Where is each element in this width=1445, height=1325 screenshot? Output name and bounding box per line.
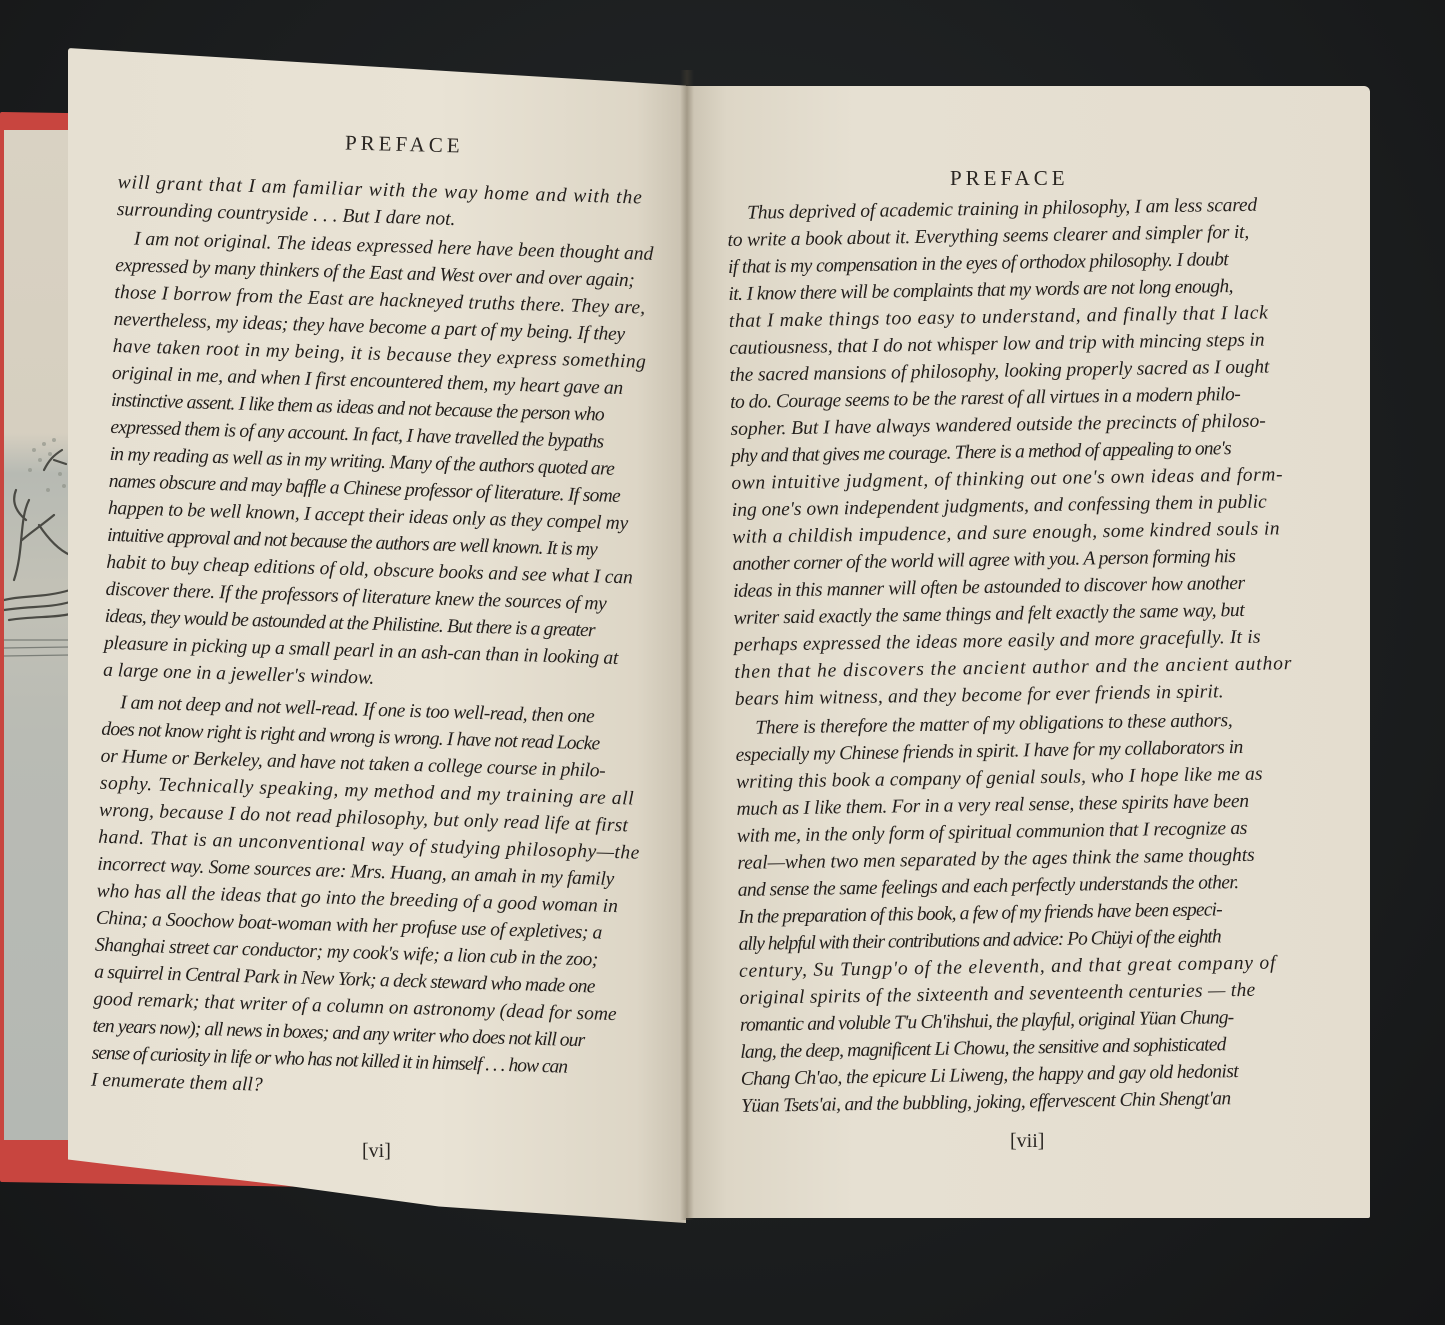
tree-illustration-icon	[4, 430, 72, 660]
text-line: writing this book a company of genial so…	[736, 764, 1263, 794]
text-line: I enumerate them all?	[91, 1070, 263, 1097]
text-line: sopher. But I have always wandered outsi…	[730, 411, 1266, 441]
book-gutter	[680, 70, 694, 1220]
text-line: writer said exactly the same things and …	[733, 600, 1244, 630]
text-line: to do. Courage seems to be the rarest of…	[730, 384, 1241, 414]
text-line: There is therefore the matter of my obli…	[755, 710, 1232, 739]
text-line: real—when two men separated by the ages …	[737, 845, 1255, 875]
text-line: lang, the deep, magnificent Li Chowu, th…	[740, 1034, 1226, 1064]
text-line: romantic and voluble T'u Ch'ihshui, the …	[740, 1007, 1234, 1037]
text-line: and sense the same feelings and each per…	[738, 872, 1239, 902]
text-line: phy and that gives me courage. There is …	[731, 438, 1231, 468]
text-line: In the preparation of this book, a few o…	[738, 899, 1222, 929]
text-line: the sacred mansions of philosophy, looki…	[730, 357, 1270, 387]
right-page-number: [vii]	[1010, 1130, 1044, 1153]
text-line: Chang Ch'ao, the epicure Li Liweng, the …	[741, 1061, 1239, 1091]
text-line: ideas in this manner will often be astou…	[733, 573, 1245, 603]
left-page-text: will grant that I am familiar with the w…	[90, 172, 683, 1138]
text-line: ing one's own independent judgments, and…	[732, 492, 1267, 522]
text-line: to write a book about it. Everything see…	[727, 222, 1249, 252]
text-line: century, Su Tungp'o of the eleventh, and…	[739, 952, 1276, 982]
text-line: another corner of the world will agree w…	[733, 546, 1236, 576]
text-line: with me, in the only form of spiritual c…	[737, 818, 1248, 848]
text-line: much as I like them. For in a very real …	[736, 791, 1249, 821]
text-line: a large one in a jeweller's window.	[103, 660, 375, 690]
text-line: with a childish impudence, and sure enou…	[732, 518, 1280, 549]
right-page-text: Thus deprived of academic training in ph…	[727, 194, 1341, 1103]
text-line: that I make things too easy to understan…	[729, 303, 1269, 333]
dust-jacket-flap	[4, 130, 72, 1140]
text-line: original spirits of the sixteenth and se…	[739, 980, 1255, 1010]
text-line: bears him witness, and they become for e…	[735, 681, 1224, 711]
right-running-head: PREFACE	[950, 166, 1069, 191]
text-line: it. I know there will be complaints that…	[728, 276, 1233, 306]
left-running-head: PREFACE	[345, 130, 464, 158]
text-line: then that he discovers the ancient autho…	[734, 653, 1292, 684]
text-line: surrounding countryside . . . But I dare…	[117, 199, 456, 231]
text-line: especially my Chinese friends in spirit.…	[736, 737, 1243, 767]
text-line: own intuitive judgment, of thinking out …	[731, 464, 1283, 495]
text-line: cautiousness, that I do not whisper low …	[729, 330, 1265, 360]
text-line: perhaps expressed the ideas more easily …	[734, 627, 1261, 657]
text-line: if that is my compensation in the eyes o…	[728, 249, 1228, 279]
text-line: ally helpful with their contributions an…	[738, 926, 1220, 956]
left-page-number: [vi]	[362, 1140, 391, 1163]
